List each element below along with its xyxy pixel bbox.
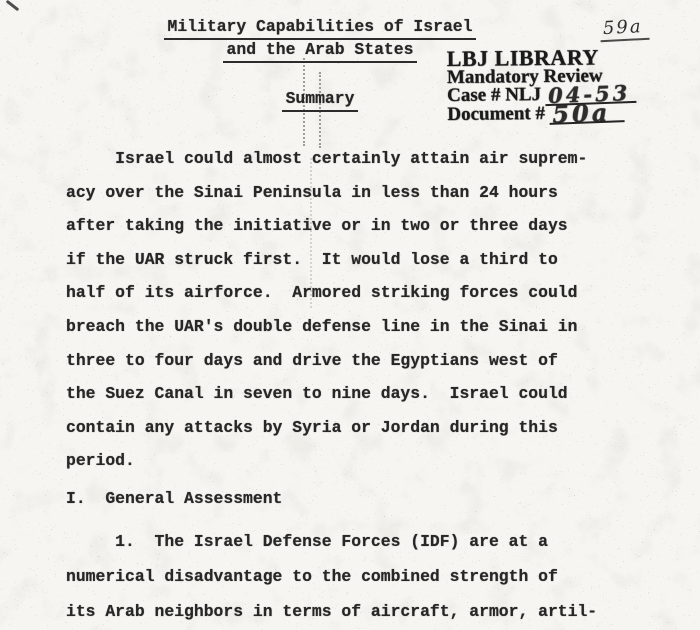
summary-paragraph: Israel could almost certainly attain air… xyxy=(66,142,587,478)
section-heading-block: I. General Assessment xyxy=(66,489,282,508)
handwritten-document-number: 50a xyxy=(549,103,625,125)
text-line: half of its airforce. Armored striking f… xyxy=(66,276,587,310)
section-heading: I. General Assessment xyxy=(66,489,282,508)
lbj-library-stamp: LBJ LIBRARY Mandatory Review Case # NLJ … xyxy=(447,46,637,124)
title-line-1: Military Capabilities of Israel xyxy=(164,17,477,40)
text-line: three to four days and drive the Egyptia… xyxy=(66,344,587,378)
section-paragraph: 1. The Israel Defense Forces (IDF) are a… xyxy=(66,524,597,629)
summary-heading-wrap: Summary xyxy=(160,89,480,112)
scanned-document-page: Military Capabilities of Israel and the … xyxy=(0,0,700,630)
text-line: the Suez Canal in seven to nine days. Is… xyxy=(66,377,587,411)
text-line: numerical disadvantage to the combined s… xyxy=(66,559,597,594)
scan-corner-mark xyxy=(6,0,20,11)
text-line: contain any attacks by Syria or Jordan d… xyxy=(66,411,587,445)
summary-heading: Summary xyxy=(282,89,359,112)
document-title: Military Capabilities of Israel and the … xyxy=(160,17,480,63)
text-line: Israel could almost certainly attain air… xyxy=(66,142,587,176)
text-line: breach the UAR's double defense line in … xyxy=(66,310,587,344)
text-line: if the UAR struck first. It would lose a… xyxy=(66,243,587,277)
text-line: its Arab neighbors in terms of aircraft,… xyxy=(66,594,597,629)
text-line: period. xyxy=(66,444,587,478)
title-line-2: and the Arab States xyxy=(223,40,418,63)
handwritten-page-number: 59a xyxy=(599,16,649,43)
text-line: after taking the initiative or in two or… xyxy=(66,209,587,243)
text-line: acy over the Sinai Peninsula in less tha… xyxy=(66,176,587,210)
text-line: 1. The Israel Defense Forces (IDF) are a… xyxy=(66,524,597,559)
